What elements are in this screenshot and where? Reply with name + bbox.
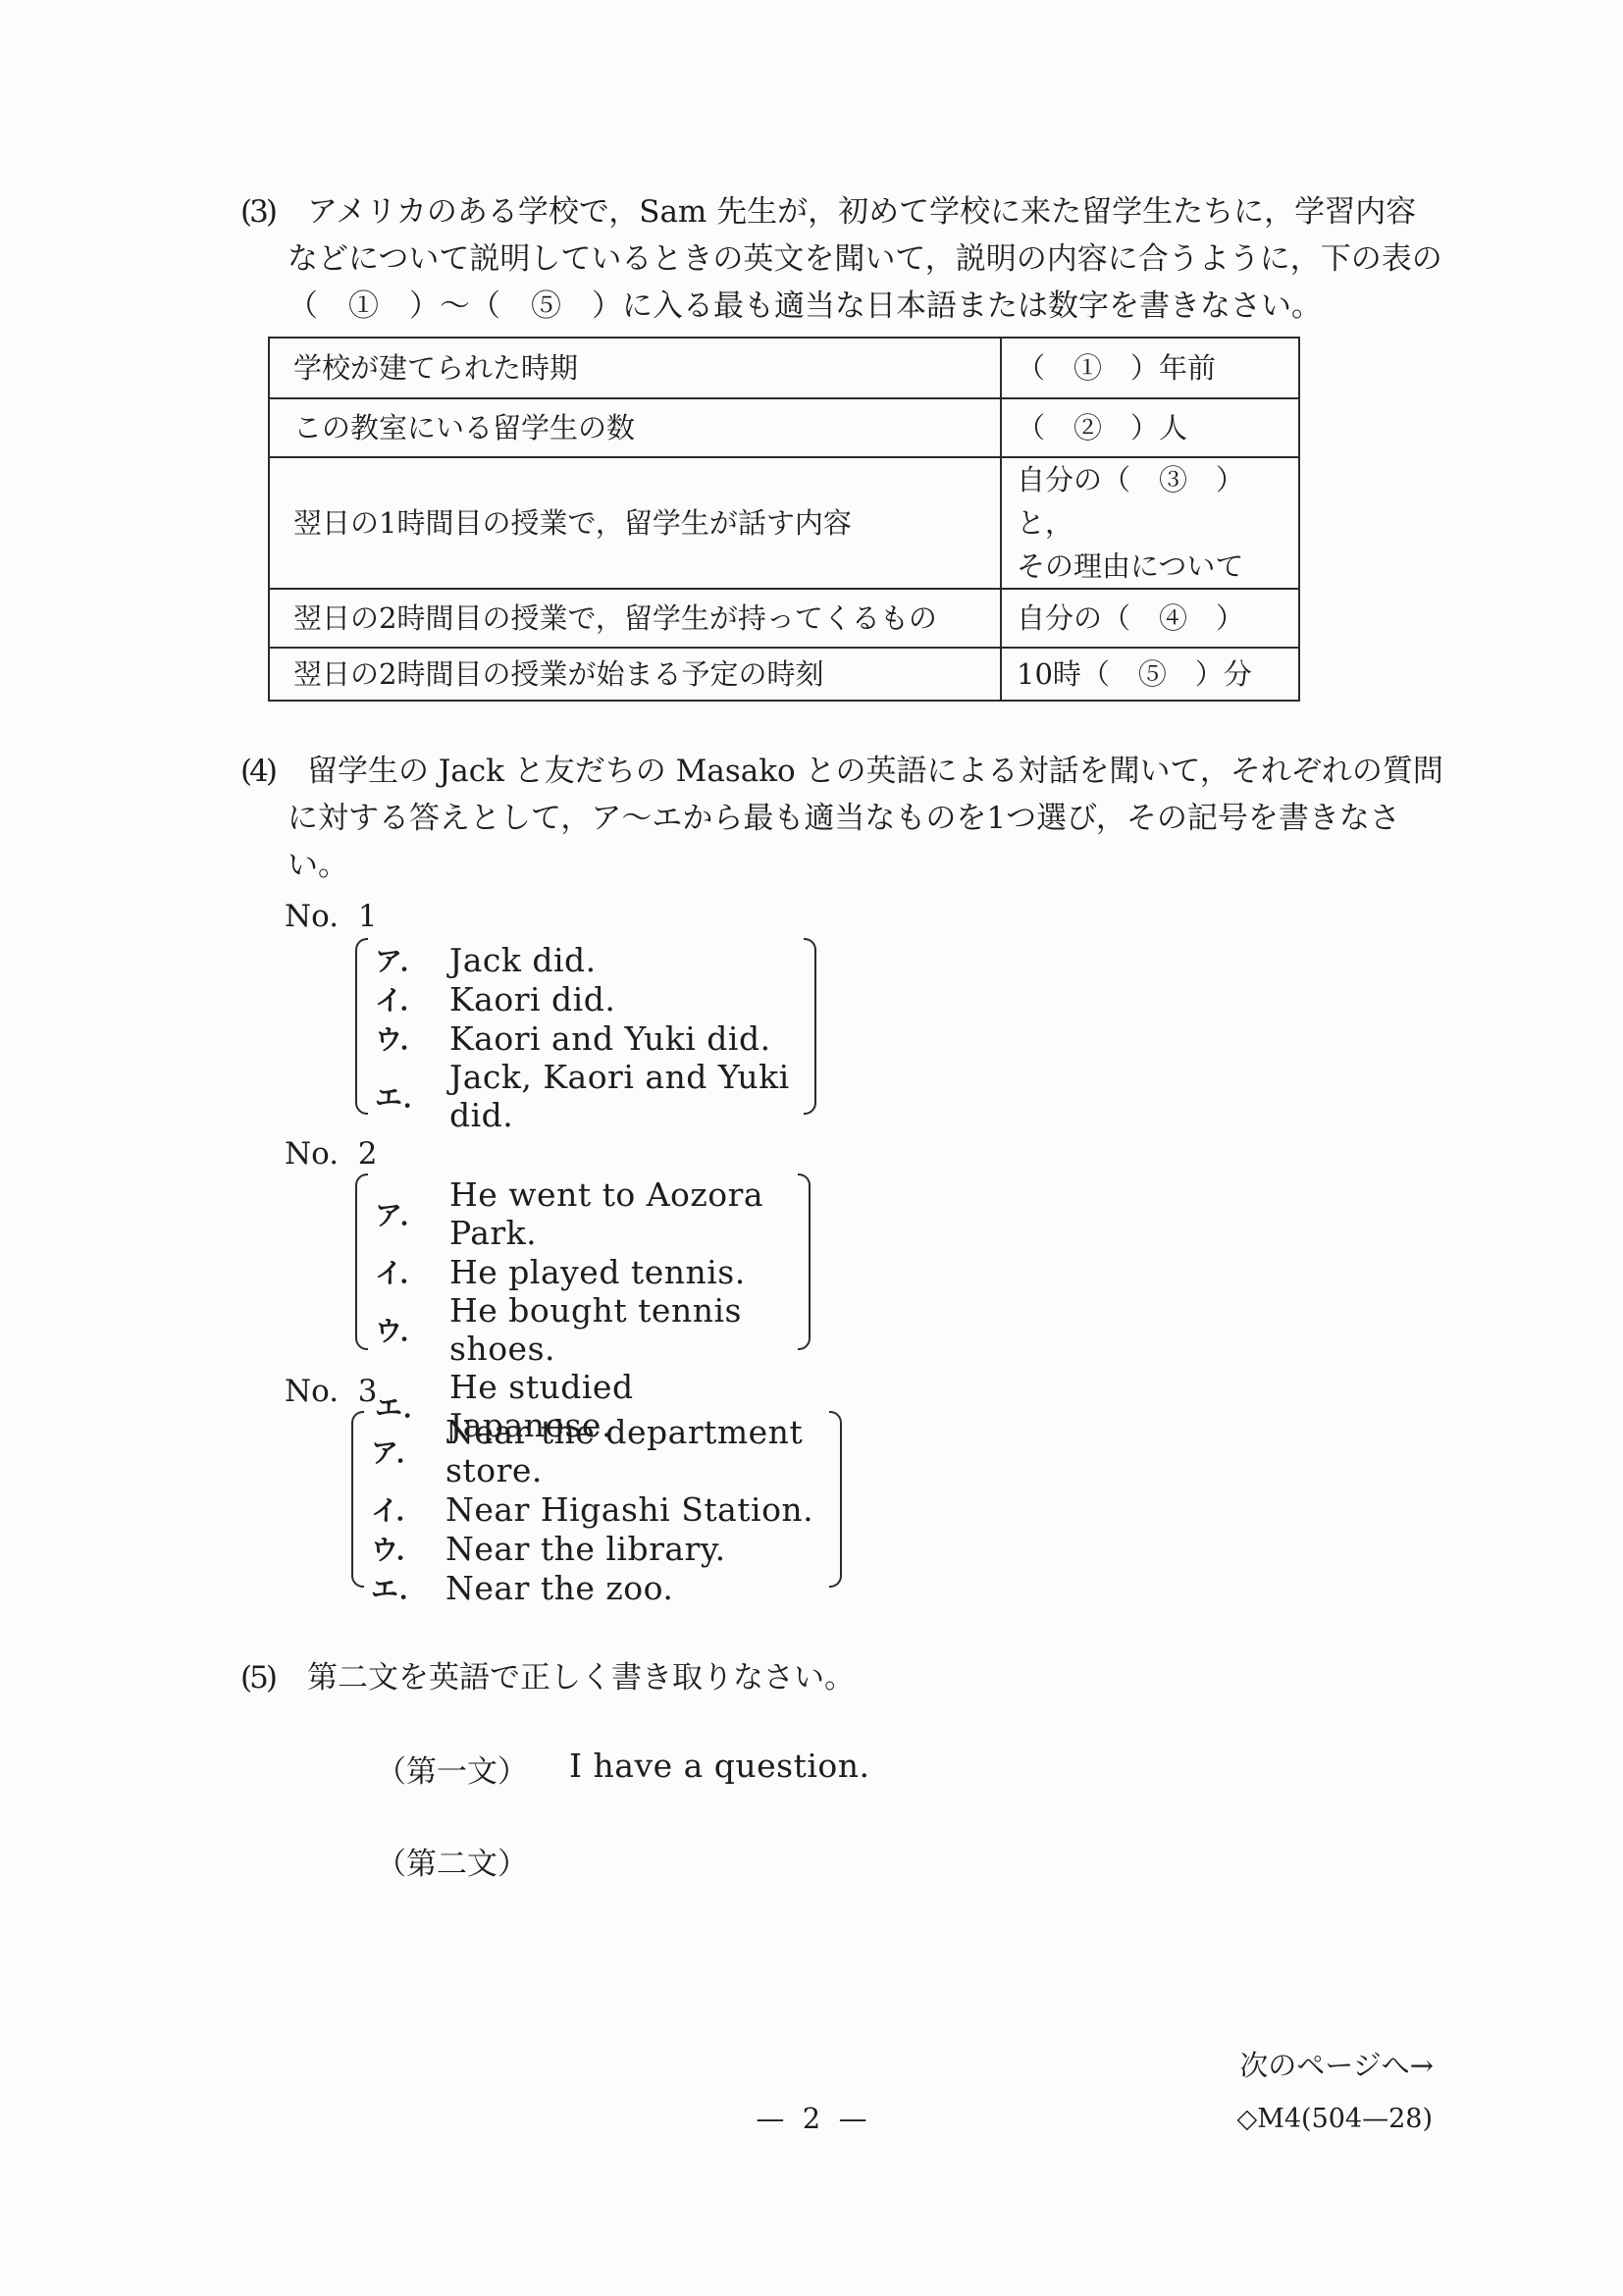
- table-label-cell: この教室にいる留学生の数: [269, 398, 1001, 457]
- option-text: Kaori and Yuki did.: [449, 1019, 771, 1058]
- right-bracket: [804, 938, 816, 1115]
- table-label-cell: 翌日の1時間目の授業で，留学生が話す内容: [269, 457, 1001, 589]
- second-sentence-label: （第二文）: [376, 1839, 528, 1883]
- second-sentence-row: （第二文）: [376, 1839, 569, 1883]
- page-number: — 2 —: [755, 2102, 868, 2135]
- left-bracket: [351, 1411, 364, 1588]
- option-text: Kaori did.: [449, 980, 615, 1018]
- option-kana: ウ．: [375, 1018, 449, 1058]
- question-number-3: No. 3: [285, 1374, 378, 1409]
- option-row: ウ． Near the library.: [364, 1529, 829, 1568]
- question-4-line3: い。: [288, 842, 1467, 889]
- next-page-indicator: 次のページへ→: [1239, 2044, 1434, 2084]
- option-row: イ． Near Higashi Station.: [364, 1489, 829, 1529]
- question-4: (4) 留学生の Jack と友だちの Masako との英語による対話を聞いて…: [240, 748, 1467, 889]
- left-bracket: [355, 1174, 368, 1350]
- question-3-marker: (3): [240, 188, 291, 235]
- options-group-1: ア． Jack did. イ． Kaori did. ウ． Kaori and …: [355, 938, 816, 1115]
- option-text: Near Higashi Station.: [445, 1490, 813, 1529]
- question-3-line1: アメリカのある学校で，Sam 先生が，初めて学校に来た留学生たちに，学習内容: [307, 188, 1416, 235]
- question-number-1: No. 1: [285, 899, 378, 934]
- option-text: He played tennis.: [449, 1253, 746, 1291]
- question-3: (3) アメリカのある学校で，Sam 先生が，初めて学校に来た留学生たちに，学習…: [240, 188, 1467, 330]
- option-kana: イ．: [371, 1489, 445, 1529]
- option-row: エ． Jack, Kaori and Yuki did.: [368, 1058, 804, 1134]
- option-row: エ． Near the zoo.: [364, 1568, 829, 1607]
- options-group-3: ア． Near the department store. イ． Near Hi…: [351, 1411, 842, 1588]
- right-bracket: [798, 1174, 811, 1350]
- doc-code: ◇M4(504—28): [1236, 2104, 1433, 2134]
- table-row: 翌日の1時間目の授業で，留学生が話す内容 自分の（ ③ ）と， その理由について: [269, 457, 1299, 589]
- option-row: ア． Jack did.: [368, 940, 804, 979]
- left-bracket: [355, 938, 368, 1115]
- option-text: Jack, Kaori and Yuki did.: [449, 1058, 804, 1134]
- table-label-cell: 翌日の2時間目の授業で，留学生が持ってくるもの: [269, 589, 1001, 648]
- table-value-cell: 10時（ ⑤ ）分: [1001, 648, 1299, 701]
- question-4-line1: 留学生の Jack と友だちの Masako との英語による対話を聞いて，それぞ…: [307, 748, 1443, 795]
- option-kana: イ．: [375, 979, 449, 1018]
- option-text: Jack did.: [449, 941, 597, 979]
- option-kana: エ．: [371, 1568, 445, 1607]
- option-kana: ア．: [371, 1432, 445, 1471]
- question-5: (5) 第二文を英語で正しく書き取りなさい。: [240, 1654, 1467, 1701]
- table-value-cell: （ ② ）人: [1001, 398, 1299, 457]
- option-kana: ウ．: [375, 1310, 449, 1349]
- option-text: Near the library.: [445, 1530, 726, 1568]
- table-value-cell: 自分の（ ③ ）と， その理由について: [1001, 457, 1299, 589]
- option-row: ウ． Kaori and Yuki did.: [368, 1018, 804, 1058]
- option-row: イ． Kaori did.: [368, 979, 804, 1018]
- question-number-2: No. 2: [285, 1136, 378, 1172]
- table-label-cell: 学校が建てられた時期: [269, 338, 1001, 398]
- table-row: この教室にいる留学生の数 （ ② ）人: [269, 398, 1299, 457]
- option-row: イ． He played tennis.: [368, 1252, 798, 1291]
- option-text: He bought tennis shoes.: [449, 1291, 798, 1368]
- option-row: ア． He went to Aozora Park.: [368, 1175, 798, 1252]
- option-kana: ウ．: [371, 1529, 445, 1568]
- question-3-line3: （ ① ）～（ ⑤ ）に入る最も適当な日本語または数字を書きなさい。: [288, 283, 1467, 330]
- option-row: ア． Near the department store.: [364, 1413, 829, 1489]
- right-bracket: [829, 1411, 842, 1588]
- table-row: 翌日の2時間目の授業が始まる予定の時刻 10時（ ⑤ ）分: [269, 648, 1299, 701]
- option-kana: イ．: [375, 1252, 449, 1291]
- options-group-2: ア． He went to Aozora Park. イ． He played …: [355, 1174, 811, 1350]
- exam-page: (3) アメリカのある学校で，Sam 先生が，初めて学校に来た留学生たちに，学習…: [0, 0, 1623, 2296]
- table-label-cell: 翌日の2時間目の授業が始まる予定の時刻: [269, 648, 1001, 701]
- table-value-cell: 自分の（ ④ ）: [1001, 589, 1299, 648]
- option-kana: エ．: [375, 1076, 449, 1116]
- question-5-instruction: 第二文を英語で正しく書き取りなさい。: [307, 1654, 855, 1701]
- question-3-line2: などについて説明しているときの英文を聞いて，説明の内容に合うように，下の表の: [288, 235, 1467, 283]
- question-4-marker: (4): [240, 748, 291, 795]
- question-5-marker: (5): [240, 1654, 291, 1701]
- option-text: Near the department store.: [445, 1413, 829, 1489]
- info-table: 学校が建てられた時期 （ ① ）年前 この教室にいる留学生の数 （ ② ）人 翌…: [268, 337, 1300, 702]
- option-text: Near the zoo.: [445, 1569, 673, 1607]
- table-row: 学校が建てられた時期 （ ① ）年前: [269, 338, 1299, 398]
- table-row: 翌日の2時間目の授業で，留学生が持ってくるもの 自分の（ ④ ）: [269, 589, 1299, 648]
- question-4-line2: に対する答えとして，ア～エから最も適当なものを1つ選び，その記号を書きなさ: [288, 795, 1467, 842]
- option-kana: ア．: [375, 940, 449, 979]
- option-text: He went to Aozora Park.: [449, 1175, 798, 1252]
- first-sentence-row: （第一文） I have a question.: [376, 1747, 870, 1791]
- table-value-cell: （ ① ）年前: [1001, 338, 1299, 398]
- first-sentence-text: I have a question.: [569, 1747, 870, 1791]
- option-kana: ア．: [375, 1194, 449, 1233]
- first-sentence-label: （第一文）: [376, 1747, 528, 1791]
- option-row: ウ． He bought tennis shoes.: [368, 1291, 798, 1368]
